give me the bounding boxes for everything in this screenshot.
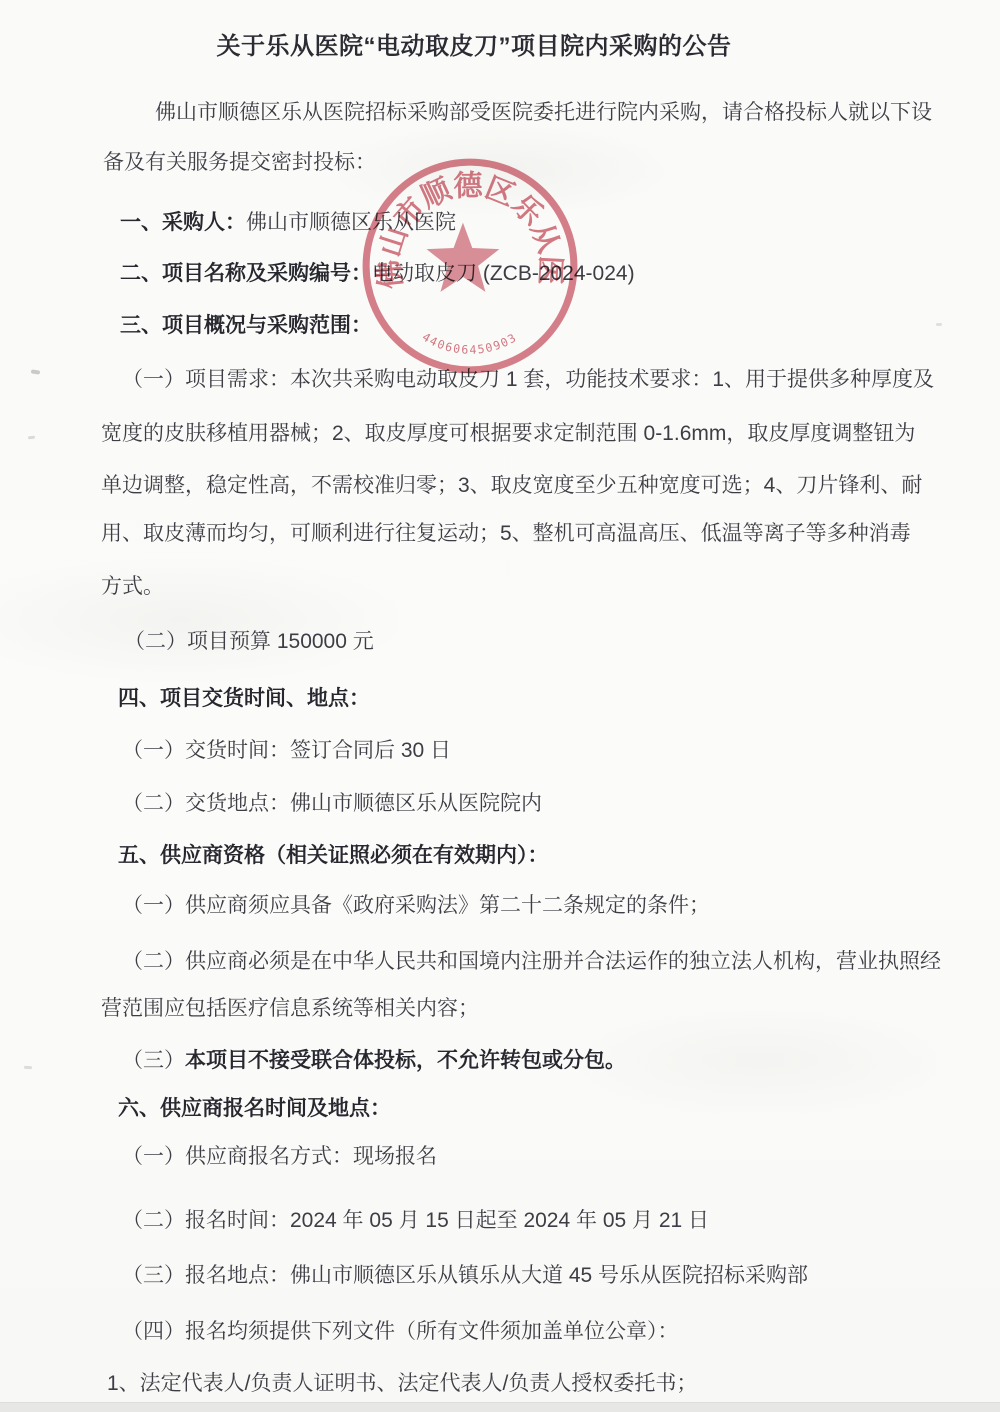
intro-line-2: 备及有关服务提交密封投标：	[103, 149, 376, 177]
document-page: 关于乐从医院“电动取皮刀”项目院内采购的公告 佛山市顺德区乐从医院招标采购部受医…	[0, 0, 1000, 1412]
doc-list-item-1: 1、法定代表人/负责人证明书、法定代表人/负责人授权委托书；	[107, 1370, 697, 1398]
requirement-line-4: 用、取皮薄而均匀，可顺利进行往复运动；5、整机可高温高压、低温等离子等多种消毒	[101, 520, 911, 548]
page-title: 关于乐从医院“电动取皮刀”项目院内采购的公告	[0, 26, 974, 61]
scan-artifact	[24, 1066, 32, 1070]
section-6-heading: 六、供应商报名时间及地点：	[118, 1095, 391, 1123]
delivery-place-line: （二）交货地点：佛山市顺德区乐从医院院内	[122, 790, 542, 818]
section-4-heading: 四、项目交货时间、地点：	[118, 685, 370, 713]
budget-line: （二）项目预算 150000 元	[124, 628, 374, 656]
qualification-line-2: （二）供应商必须是在中华人民共和国境内注册并合法运作的独立法人机构，营业执照经	[122, 948, 941, 976]
official-seal-stamp: 佛山市顺德区乐从医院 4406064509031	[354, 150, 586, 382]
scan-edge-shadow	[0, 1402, 1000, 1412]
signup-docs-line: （四）报名均须提供下列文件（所有文件须加盖单位公章）：	[122, 1318, 679, 1346]
signup-time-line: （二）报名时间：2024 年 05 月 15 日起至 2024 年 05 月 2…	[122, 1207, 709, 1235]
delivery-time-line: （一）交货时间：签订合同后 30 日	[122, 737, 451, 765]
section-3-heading: 三、项目概况与采购范围：	[120, 312, 372, 340]
seal-star-icon	[427, 223, 500, 292]
scan-artifact	[28, 436, 35, 440]
scan-artifact	[31, 369, 40, 374]
scan-artifact	[936, 323, 942, 326]
signup-method-line: （一）供应商报名方式：现场报名	[122, 1143, 437, 1171]
requirement-line-2: 宽度的皮肤移植用器械；2、取皮厚度可根据要求定制范围 0-1.6mm，取皮厚度调…	[101, 420, 915, 448]
signup-place-line: （三）报名地点：佛山市顺德区乐从镇乐从大道 45 号乐从医院招标采购部	[122, 1262, 808, 1290]
requirement-line-3: 单边调整，稳定性高，不需校准归零；3、取皮宽度至少五种宽度可选；4、刀片锋利、耐	[101, 472, 922, 500]
qualification-line-1: （一）供应商须应具备《政府采购法》第二十二条规定的条件；	[122, 892, 710, 920]
qualification-line-3: 营范围应包括医疗信息系统等相关内容；	[101, 995, 479, 1023]
qualification-line-4: （三）本项目不接受联合体投标，不允许转包或分包。	[122, 1047, 626, 1075]
section-5-heading: 五、供应商资格（相关证照必须在有效期内）：	[118, 842, 549, 870]
intro-line-1: 佛山市顺德区乐从医院招标采购部受医院委托进行院内采购，请合格投标人就以下设	[155, 99, 932, 127]
requirement-line-5: 方式。	[101, 573, 164, 601]
